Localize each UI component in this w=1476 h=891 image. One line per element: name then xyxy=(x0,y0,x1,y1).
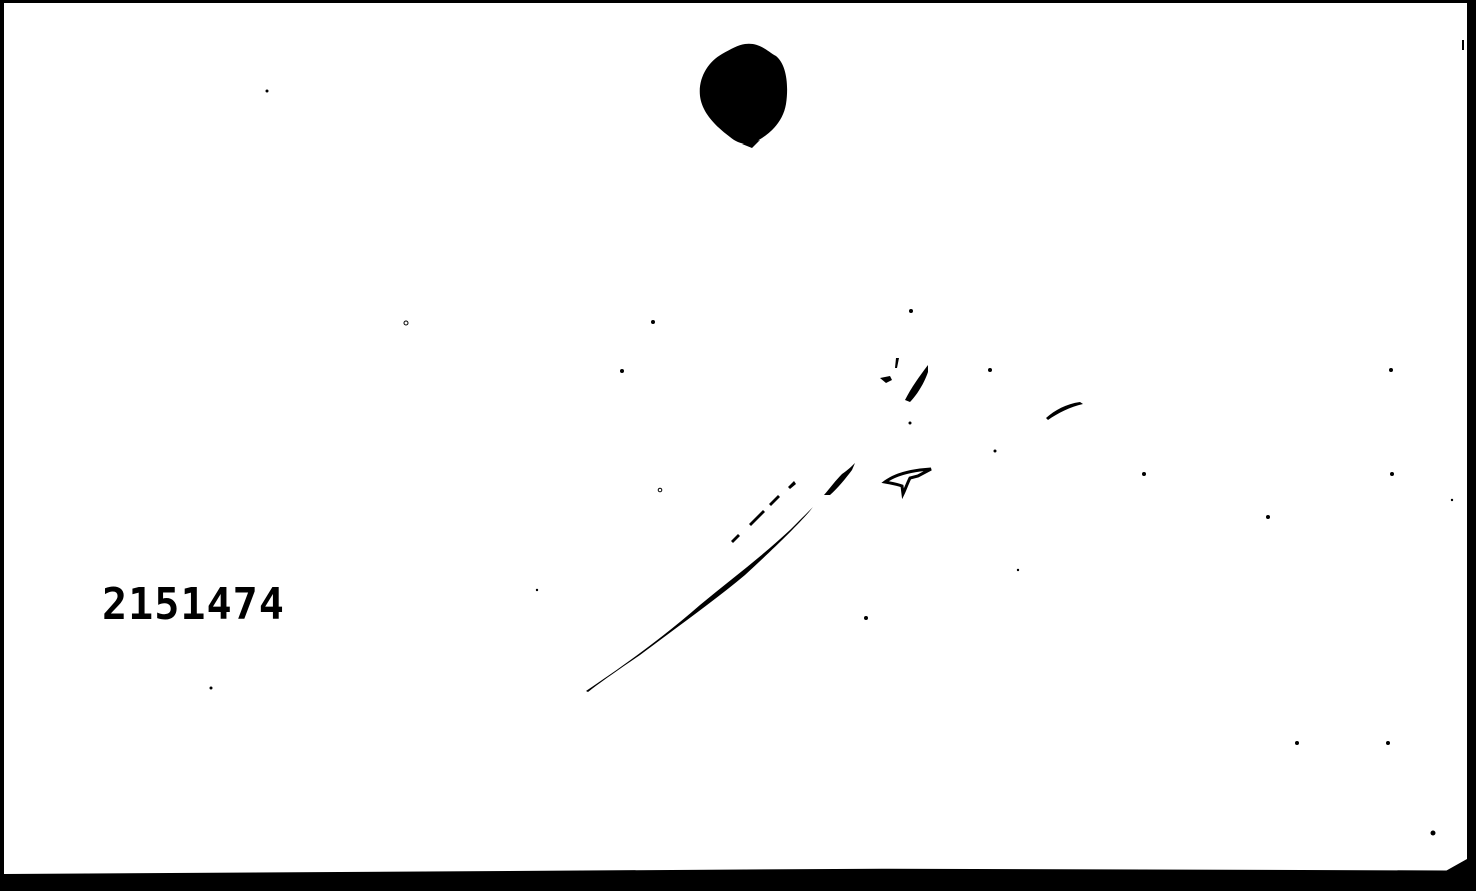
card-number: 2151474 xyxy=(102,583,285,627)
scanned-card xyxy=(4,3,1467,881)
